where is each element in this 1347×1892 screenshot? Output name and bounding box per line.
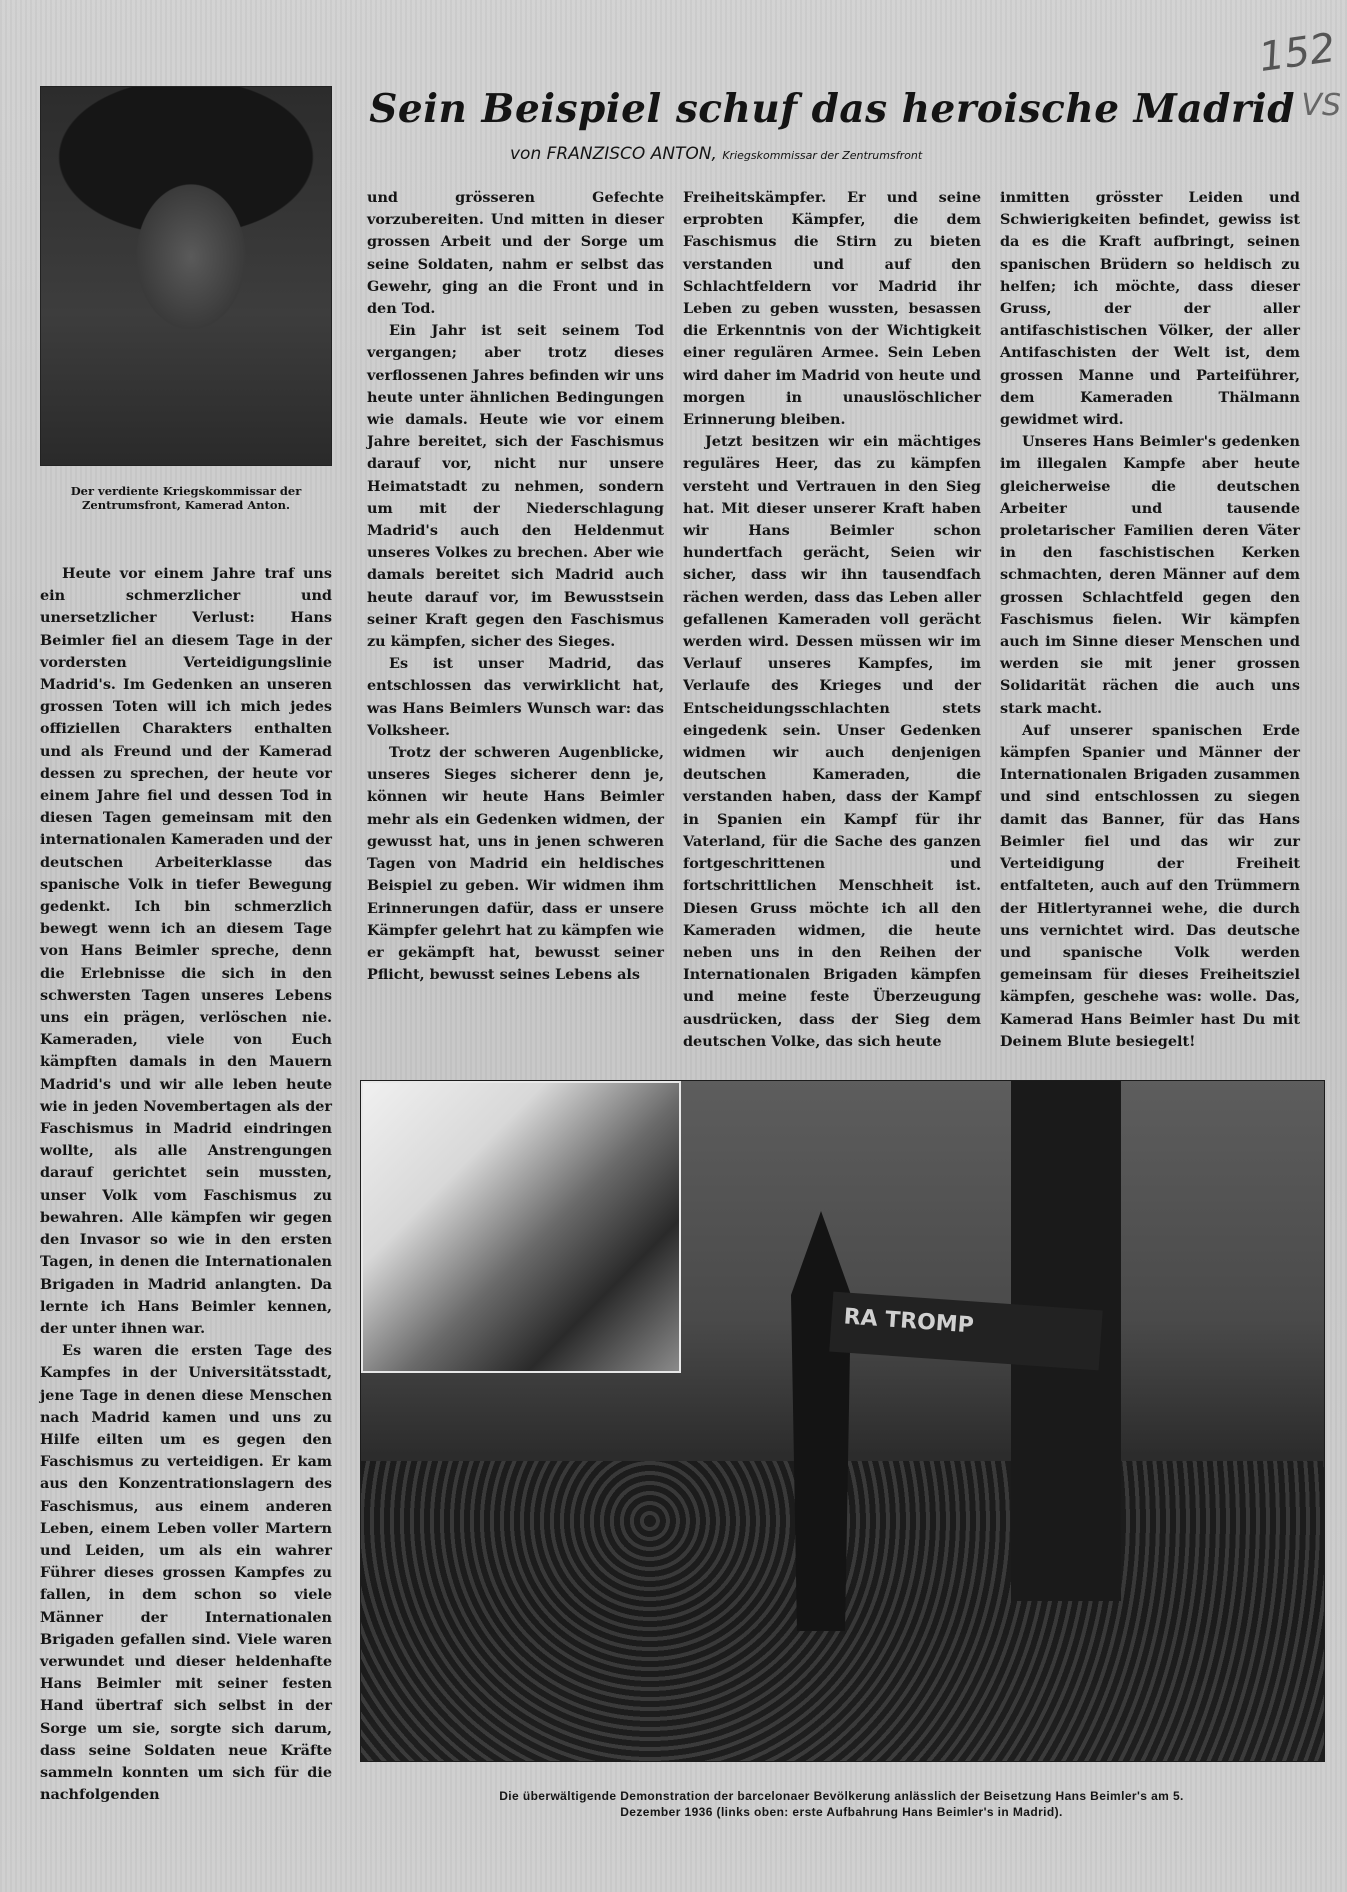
photo-caption: Die überwältigende Demonstration der bar… (360, 1788, 1323, 1820)
paragraph: inmitten grösster Leiden und Schwierigke… (1000, 187, 1300, 431)
article-column-4: inmitten grösster Leiden und Schwierigke… (1000, 187, 1300, 1053)
byline: von FRANZISCO ANTON, Kriegskommissar der… (510, 144, 1310, 164)
paragraph: Auf unserer spanischen Erde kämpfen Span… (1000, 720, 1300, 1053)
paragraph: Es waren die ersten Tage des Kampfes in … (40, 1340, 332, 1806)
paragraph: Heute vor einem Jahre traf uns ein schme… (40, 563, 332, 1340)
paragraph: Ein Jahr ist seit seinem Tod vergangen; … (367, 320, 664, 653)
author-portrait-photo (40, 86, 332, 466)
paragraph: Unseres Hans Beimler's gedenken im illeg… (1000, 431, 1300, 720)
handwritten-mark: VS (1301, 88, 1341, 123)
paragraph: Es ist unser Madrid, das entschlossen da… (367, 653, 664, 742)
photo-caption-line-2: Dezember 1936 (links oben: erste Aufbahr… (360, 1804, 1323, 1820)
paragraph: Jetzt besitzen wir ein mächtiges regulär… (683, 431, 981, 1053)
author-name: FRANZISCO ANTON, (547, 144, 717, 164)
newspaper-page: 152 VS Der verdiente Kriegskommissar der… (0, 0, 1347, 1892)
paragraph: Trotz der schweren Augenblicke, unseres … (367, 742, 664, 986)
paragraph: und grösseren Gefechte vorzubereiten. Un… (367, 187, 664, 320)
portrait-caption: Der verdiente Kriegskommissar der Zentru… (40, 484, 332, 512)
inset-photo-lying-in-state (361, 1081, 681, 1373)
author-role: Kriegskommissar der Zentrumsfront (722, 149, 922, 162)
handwritten-page-number: 152 (1256, 25, 1338, 81)
article-column-3: Freiheitskämpfer. Er und seine erprobten… (683, 187, 981, 1053)
article-column-1: Heute vor einem Jahre traf uns ein schme… (40, 563, 332, 1806)
headline: Sein Beispiel schuf das heroische Madrid (355, 86, 1295, 132)
demonstration-photo: RA TROMP (360, 1080, 1325, 1762)
photo-caption-line-1: Die überwältigende Demonstration der bar… (360, 1788, 1323, 1804)
flag-shape (791, 1211, 851, 1631)
paragraph: Freiheitskämpfer. Er und seine erprobten… (683, 187, 981, 431)
byline-prefix: von (510, 144, 541, 164)
article-column-2: und grösseren Gefechte vorzubereiten. Un… (367, 187, 664, 986)
